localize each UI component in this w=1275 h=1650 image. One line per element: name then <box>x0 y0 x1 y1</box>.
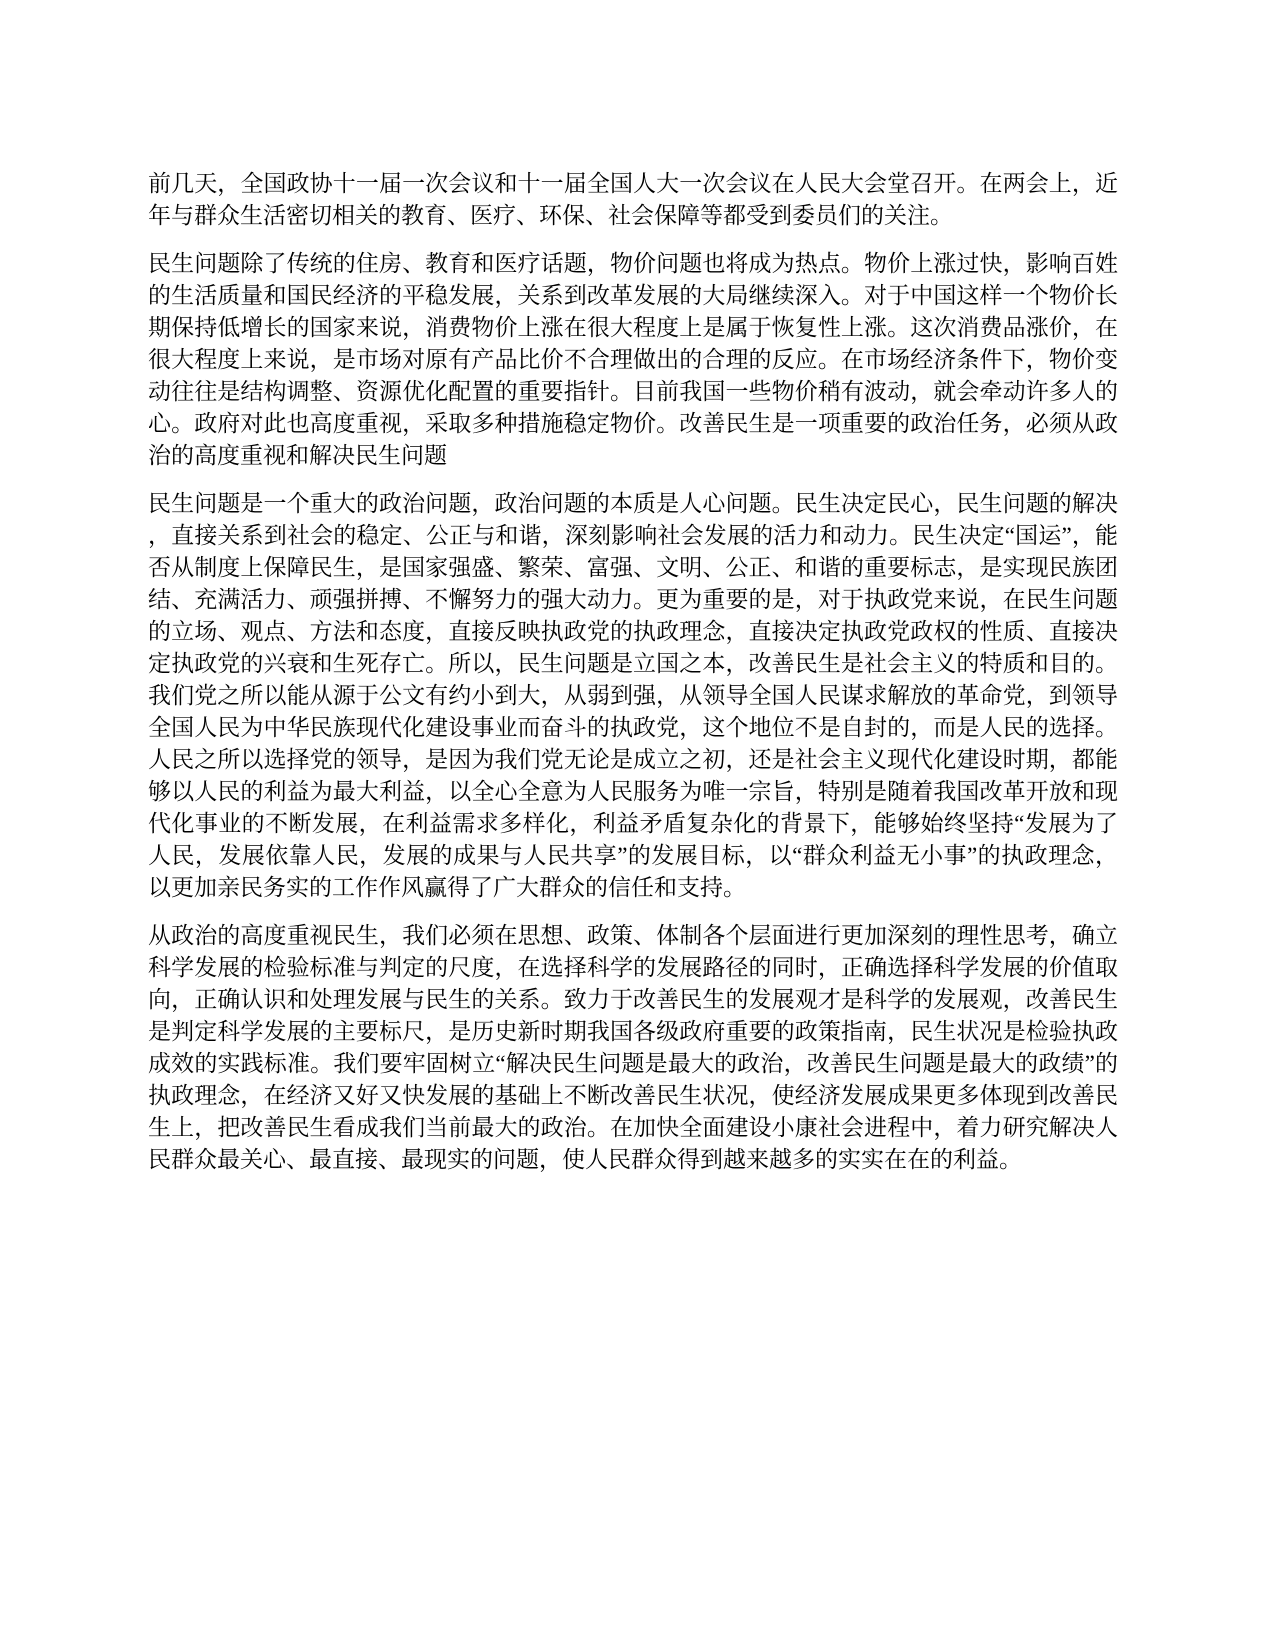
paragraph: 从政治的高度重视民生，我们必须在思想、政策、体制各个层面进行更加深刻的理性思考，… <box>148 920 1118 1176</box>
document-content: 前几天，全国政协十一届一次会议和十一届全国人大一次会议在人民大会堂召开。在两会上… <box>148 152 1118 1192</box>
document-page: 前几天，全国政协十一届一次会议和十一届全国人大一次会议在人民大会堂召开。在两会上… <box>0 0 1275 1650</box>
paragraph: 民生问题除了传统的住房、教育和医疗话题，物价问题也将成为热点。物价上涨过快，影响… <box>148 248 1118 472</box>
paragraph: 民生问题是一个重大的政治问题，政治问题的本质是人心问题。民生决定民心，民生问题的… <box>148 488 1118 904</box>
paragraph: 前几天，全国政协十一届一次会议和十一届全国人大一次会议在人民大会堂召开。在两会上… <box>148 168 1118 232</box>
